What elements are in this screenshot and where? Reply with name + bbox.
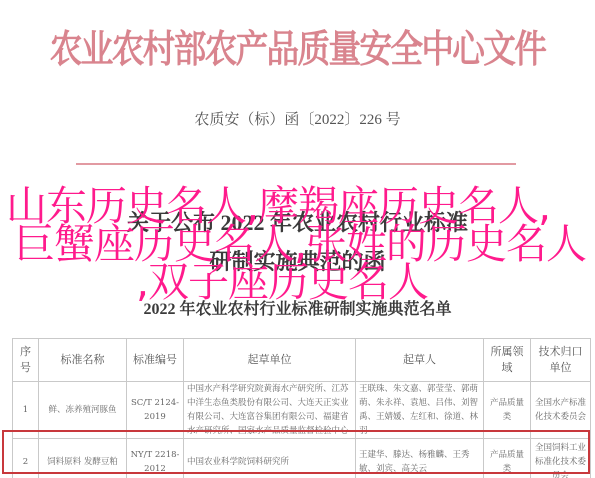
table-row: 2 饲料原料 发酵豆粕 NY/T 2218-2012 中国农业科学院饲料研究所 … <box>13 439 591 478</box>
cell-field: 产品质量类 <box>484 439 531 478</box>
table-header-row: 序号 标准名称 标准编号 起草单位 起草人 所属领域 技术归口单位 <box>13 339 591 382</box>
cell-drafting-units: 中国农业科学院饲料研究所 <box>184 439 356 478</box>
table-row: 1 鲜、冻养殖河豚鱼 SC/T 2124-2019 中国水产科学研究院黄海水产研… <box>13 382 591 439</box>
overlay-caption-line3: ,双子座历史名人 <box>136 260 595 304</box>
header-code: 标准编号 <box>127 339 184 382</box>
cell-field: 产品质量类 <box>484 382 531 439</box>
cell-index: 2 <box>13 439 39 478</box>
cell-drafters: 王联珠、朱文嘉、郭莹莹、郭萌萌、朱永祥、袁旭、吕伟、刘智禹、王婧媛、左红和、徐道… <box>356 382 484 439</box>
header-drafting-units: 起草单位 <box>184 339 356 382</box>
header-index: 序号 <box>13 339 39 382</box>
cell-name: 饲料原料 发酵豆粕 <box>39 439 127 478</box>
cell-name: 鲜、冻养殖河豚鱼 <box>39 382 127 439</box>
header-field: 所属领域 <box>484 339 531 382</box>
cell-code: NY/T 2218-2012 <box>127 439 184 478</box>
header-name: 标准名称 <box>39 339 127 382</box>
cell-index: 1 <box>13 382 39 439</box>
standards-table: 序号 标准名称 标准编号 起草单位 起草人 所属领域 技术归口单位 1 鲜、冻养… <box>12 338 591 478</box>
cell-drafting-units: 中国水产科学研究院黄海水产研究所、江苏中洋生态鱼类股份有限公司、大连天正实业有限… <box>184 382 356 439</box>
cell-drafters: 王建华、滕达、杨雅麟、王秀敏、刘宾、高关云 <box>356 439 484 478</box>
cell-committee: 全国饲料工业标准化技术委员会 <box>531 439 591 478</box>
cell-committee: 全国水产标准化技术委员会 <box>531 382 591 439</box>
header-drafters: 起草人 <box>356 339 484 382</box>
issuer-title: 农业农村部农产品质量安全中心文件 <box>42 18 554 73</box>
header-committee: 技术归口单位 <box>531 339 591 382</box>
document-number: 农质安（标）函〔2022〕226 号 <box>0 108 595 129</box>
red-divider <box>76 163 516 165</box>
cell-code: SC/T 2124-2019 <box>127 382 184 439</box>
